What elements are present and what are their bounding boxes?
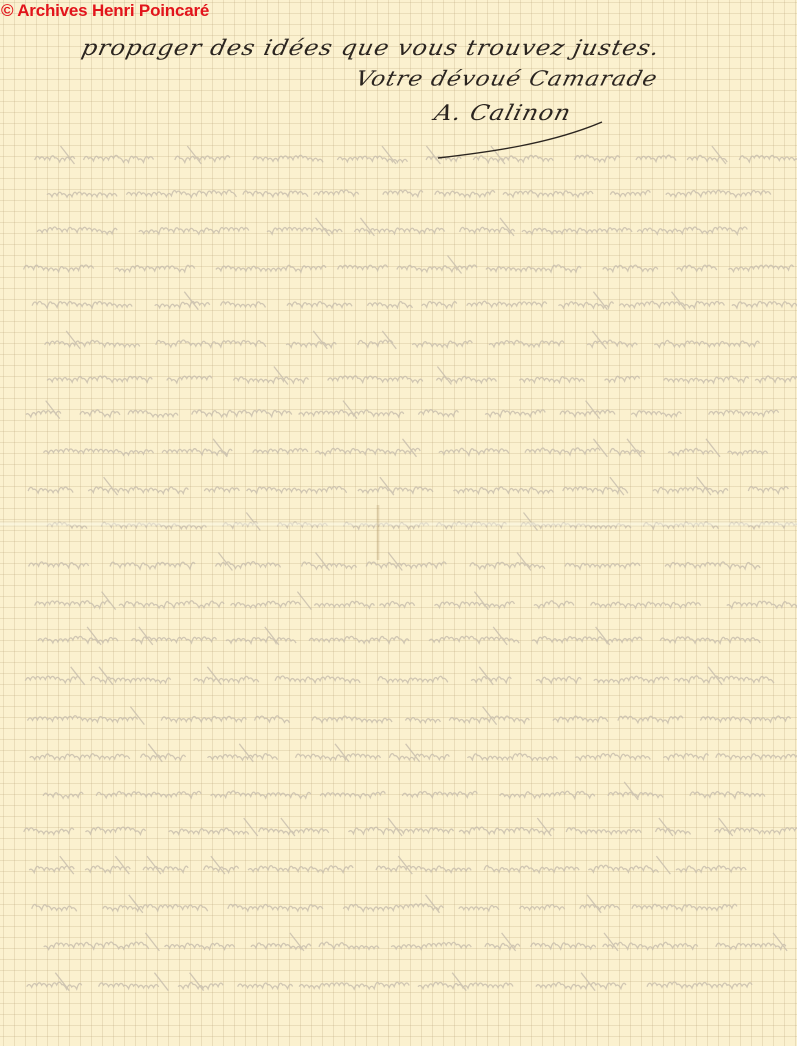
letter-line-closing: propager des idées que vous trouvez just… [79, 35, 662, 60]
letter-page: propager des idées que vous trouvez just… [0, 0, 797, 1046]
letter-line-salutation: Votre dévoué Camarade [353, 67, 660, 90]
vertical-fold-stain [376, 505, 380, 560]
copyright-watermark: © Archives Henri Poincaré [1, 0, 209, 22]
signature-flourish [430, 108, 610, 168]
horizontal-fold [0, 521, 797, 527]
